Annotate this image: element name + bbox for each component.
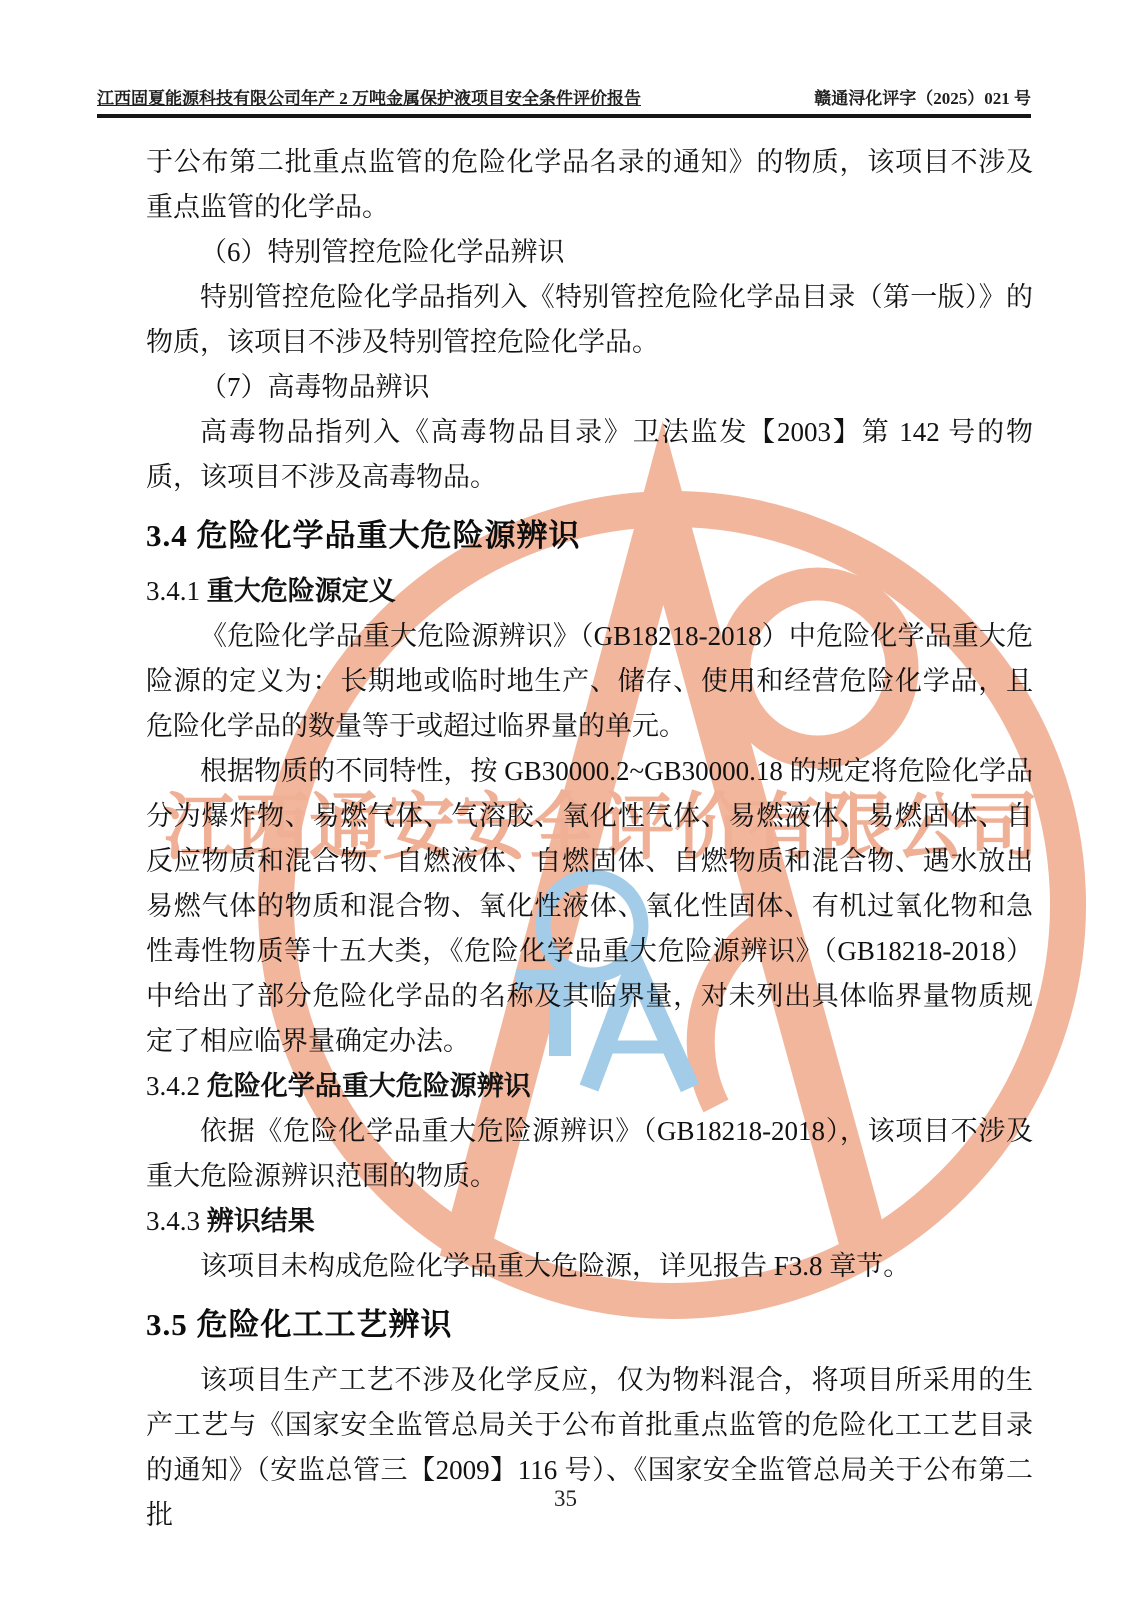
subsection-number: 3.4.2 [146,1071,207,1101]
document-body: 于公布第二批重点监管的危险化学品名录的通知》的物质，该项目不涉及重点监管的化学品… [146,140,1033,1538]
subsection-number: 3.4.1 [146,576,207,606]
paragraph: 依据《危险化学品重大危险源辨识》（GB18218-2018），该项目不涉及重大危… [146,1109,1033,1199]
paragraph: 高毒物品指列入《高毒物品目录》卫法监发【2003】第 142 号的物质，该项目不… [146,410,1033,500]
paragraph: 于公布第二批重点监管的危险化学品名录的通知》的物质，该项目不涉及重点监管的化学品… [146,140,1033,230]
subsection-title: 危险化学品重大危险源辨识 [207,1071,531,1101]
page-header: 江西固夏能源科技有限公司年产 2 万吨金属保护液项目安全条件评价报告 赣通浔化评… [97,84,1031,118]
section-heading: 3.4 危险化学品重大危险源辨识 [146,512,1033,560]
subsection-title: 辨识结果 [207,1206,315,1236]
header-report-title: 江西固夏能源科技有限公司年产 2 万吨金属保护液项目安全条件评价报告 [97,84,641,109]
subsection-number: 3.4.3 [146,1206,207,1236]
header-document-number: 赣通浔化评字（2025）021 号 [814,84,1031,109]
subsection-title: 重大危险源定义 [207,576,396,606]
paragraph: 根据物质的不同特性，按 GB30000.2~GB30000.18 的规定将危险化… [146,749,1033,1064]
document-page: 江西通安安全评价有限公司 江西固夏能源科技有限公司年产 2 万吨金属保护液项目安… [0,0,1131,1600]
subsection-heading: 3.4.3 辨识结果 [146,1199,1033,1244]
paragraph: （7）高毒物品辨识 [146,365,1033,410]
section-heading: 3.5 危险化工工艺辨识 [146,1301,1033,1349]
paragraph: 该项目未构成危险化学品重大危险源，详见报告 F3.8 章节。 [146,1244,1033,1289]
paragraph: （6）特别管控危险化学品辨识 [146,230,1033,275]
paragraph: 特别管控危险化学品指列入《特别管控危险化学品目录（第一版）》的物质，该项目不涉及… [146,275,1033,365]
subsection-heading: 3.4.1 重大危险源定义 [146,569,1033,614]
page-number: 35 [0,1486,1131,1512]
paragraph: 《危险化学品重大危险源辨识》（GB18218-2018）中危险化学品重大危险源的… [146,614,1033,749]
subsection-heading: 3.4.2 危险化学品重大危险源辨识 [146,1064,1033,1109]
